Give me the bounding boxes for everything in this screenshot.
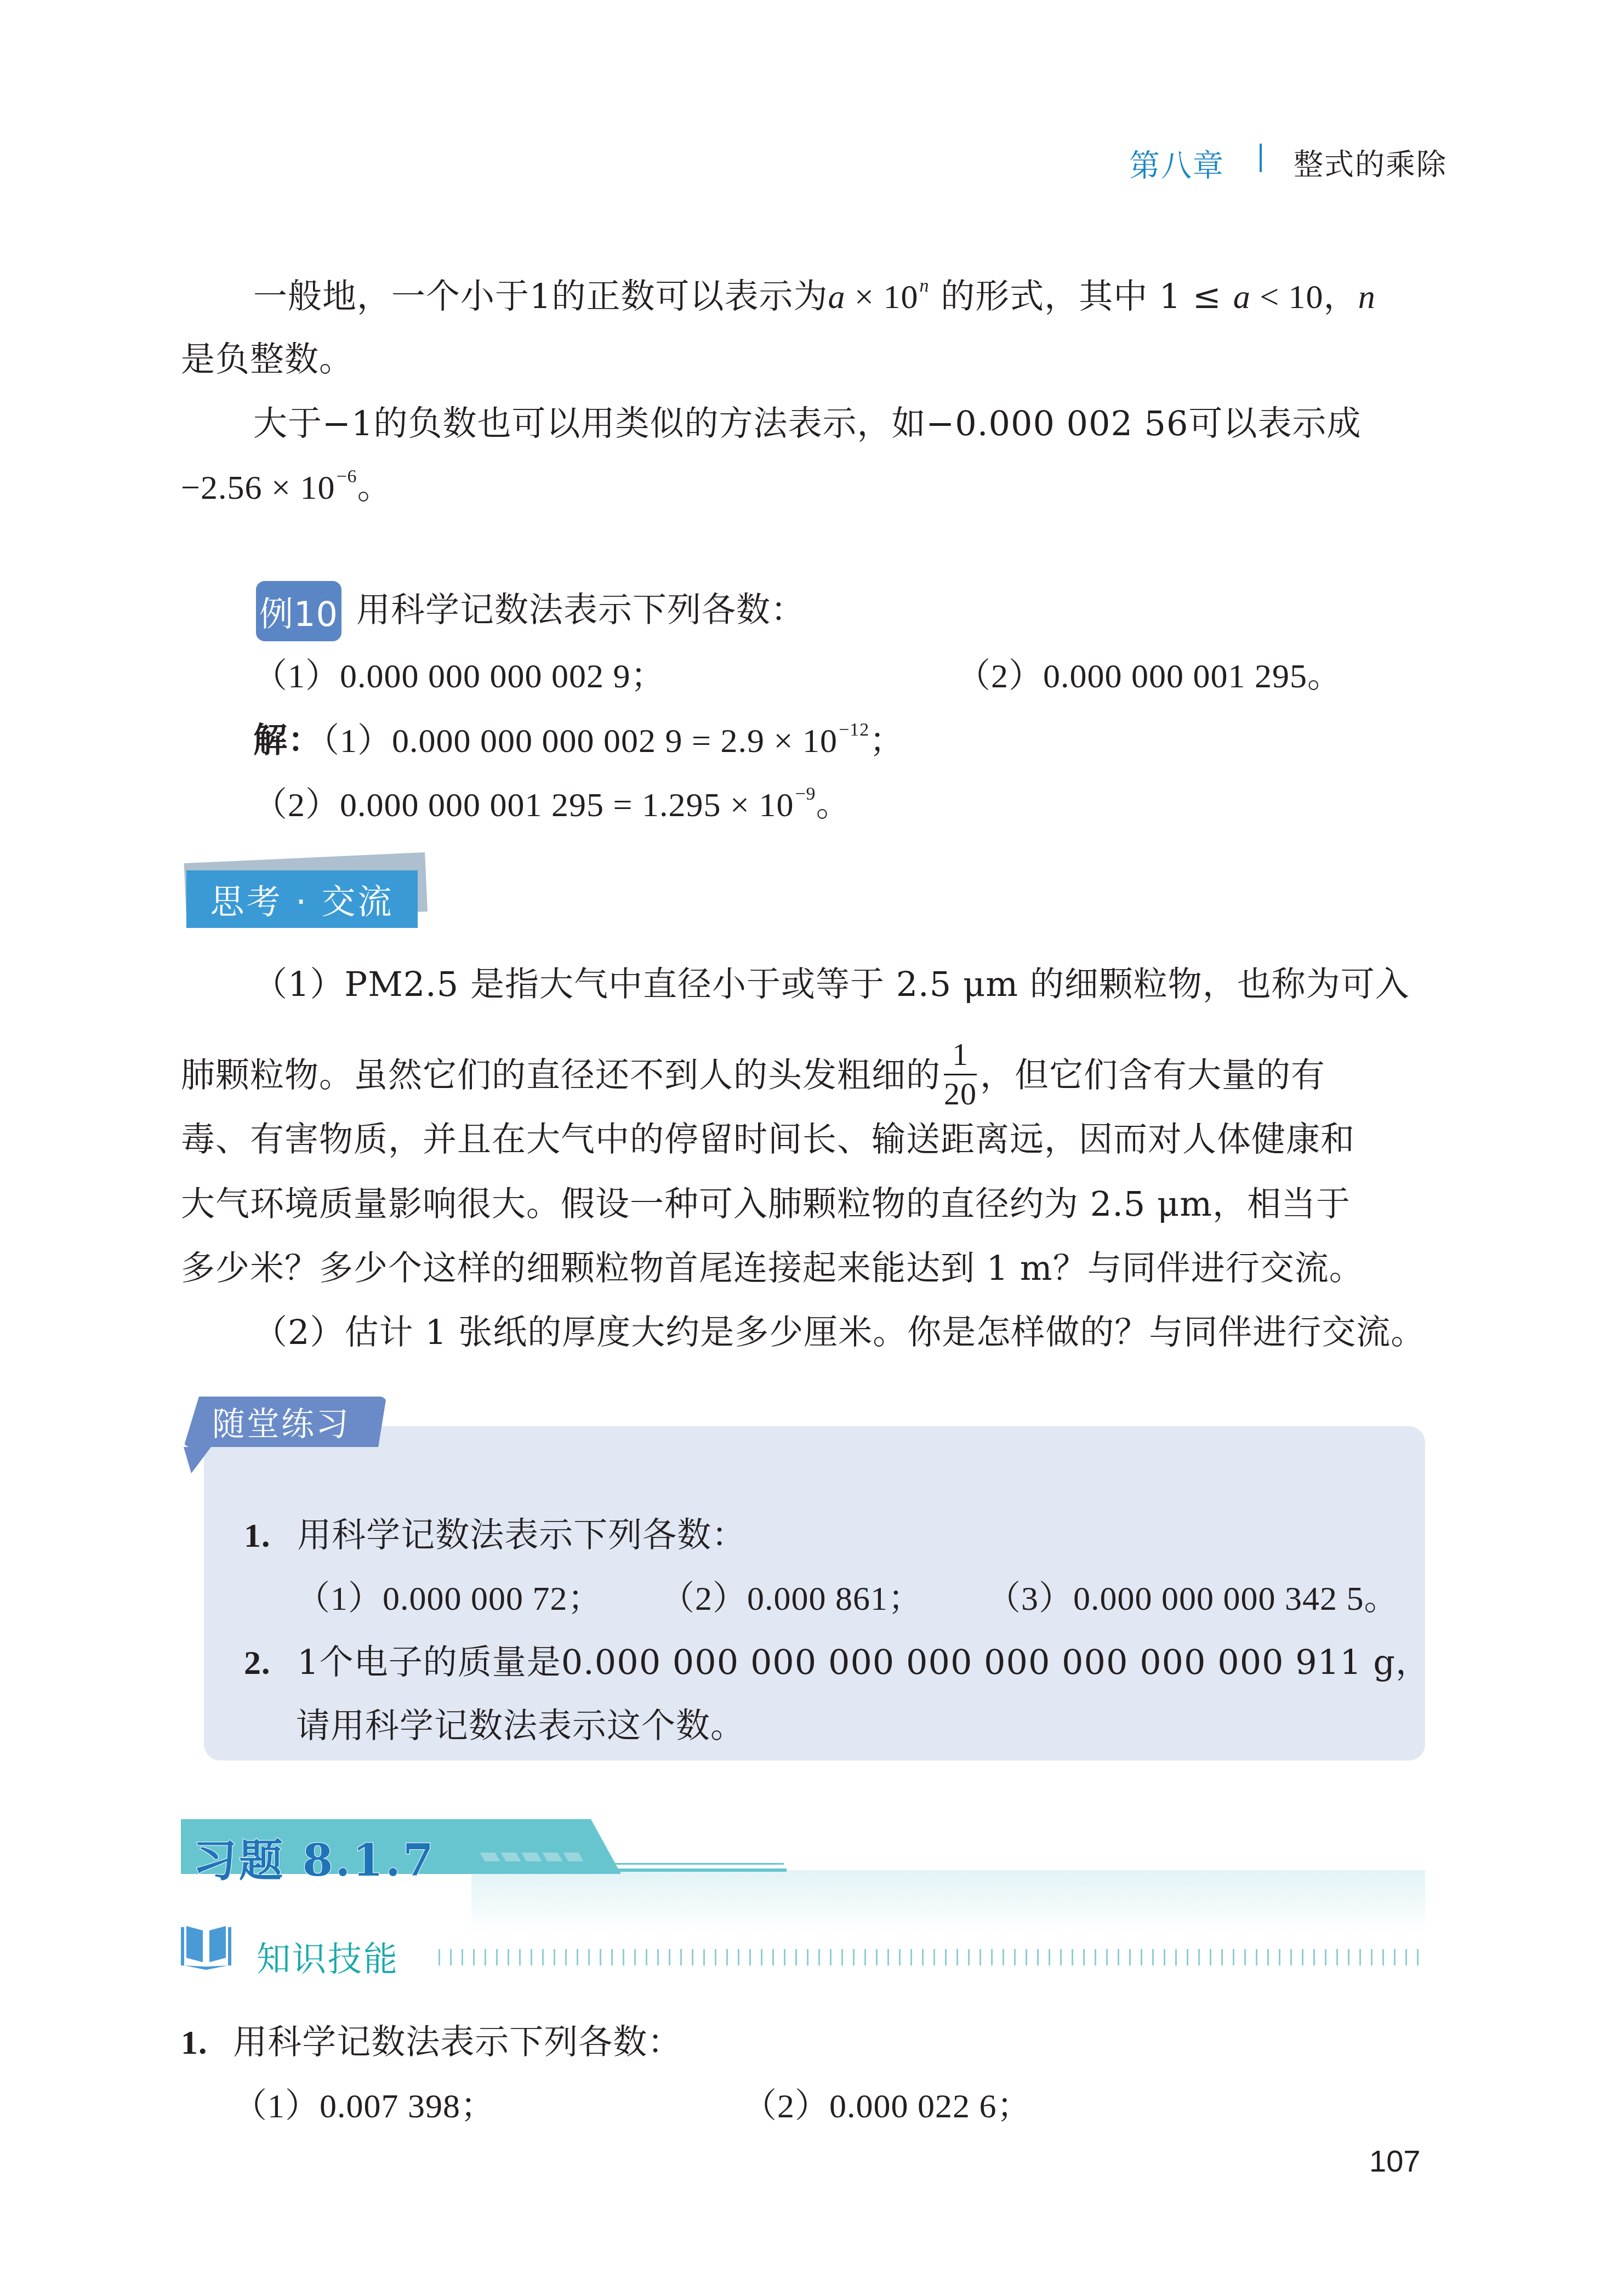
open-book-icon (181, 1925, 231, 1970)
solution-text: （2）0.000 000 001 295 = 1.295 × 10 (253, 787, 794, 824)
practice-q1-item-1: （1）0.000 000 72； (296, 1582, 602, 1616)
think-discuss-banner: 思考 · 交流 (186, 870, 418, 928)
think-q1-line-4: 大气环境质量影响很大。假设一种可入肺颗粒物的直径约为 2.5 μm，相当于 (181, 1187, 1351, 1221)
practice-tab: 随堂练习 (184, 1397, 386, 1447)
intro-text: < 10， (1251, 278, 1358, 316)
question-number: 1. (181, 2024, 208, 2061)
exponent-n: n (919, 276, 929, 296)
chapter-label: 第八章 (1129, 141, 1225, 185)
example-badge: 例10 (256, 581, 341, 641)
fraction-numerator: 1 (944, 1038, 977, 1075)
punctuation: 。 (816, 784, 851, 824)
knowledge-skills-label: 知识技能 (257, 1932, 399, 1981)
intro-paragraph-2-line-1: 大于−1的负数也可以用类似的方法表示，如−0.000 002 56可以表示成 (253, 407, 1362, 441)
question-text: 1个电子的质量是0.000 000 000 000 000 000 000 00… (297, 1642, 1430, 1682)
exercise-question-1: 1. 用科学记数法表示下列各数： (181, 2025, 682, 2060)
period: 。 (357, 467, 392, 507)
question-number: 1. (244, 1517, 271, 1554)
think-text: 肺颗粒物。虽然它们的直径还不到人的头发粗细的 (181, 1055, 941, 1095)
fraction-one-twentieth: 120 (944, 1038, 977, 1111)
scientific-notation: −2.56 × 10 (181, 469, 335, 506)
think-q1-line-3: 毒、有害物质，并且在大气中的停留时间长、输送距离远，因而对人体健康和 (181, 1123, 1355, 1156)
practice-question-2: 2. 1个电子的质量是0.000 000 000 000 000 000 000… (244, 1645, 1430, 1680)
question-text: 用科学记数法表示下列各数： (297, 1515, 746, 1555)
exercise-header-stripes (482, 1853, 602, 1861)
question-number: 2. (244, 1644, 271, 1682)
think-q1-line-1: （1）PM2.5 是指大气中直径小于或等于 2.5 μm 的细颗粒物，也称为可入 (253, 967, 1410, 1001)
header-divider (1260, 144, 1262, 172)
exponent: −9 (795, 784, 816, 804)
example-item-2: （2）0.000 000 001 295。 (956, 659, 1342, 693)
example-item-1: （1）0.000 000 000 002 9； (253, 659, 665, 693)
practice-tab-tail (184, 1447, 211, 1473)
variable-a: a (1233, 278, 1251, 316)
practice-question-1: 1. 用科学记数法表示下列各数： (244, 1518, 746, 1553)
think-q1-line-2: 肺颗粒物。虽然它们的直径还不到人的头发粗细的120，但它们含有大量的有 (181, 1041, 1325, 1114)
practice-q1-item-3: （3）0.000 000 000 342 5。 (987, 1582, 1399, 1616)
fraction-denominator: 20 (944, 1075, 977, 1111)
exponent: −12 (839, 720, 869, 740)
think-q1-line-5: 多少米？多少个这样的细颗粒物首尾连接起来能达到 1 m？与同伴进行交流。 (181, 1251, 1364, 1285)
times-ten: × 10 (845, 278, 918, 316)
exercise-q1-item-2: （2）0.000 022 6； (743, 2089, 1032, 2123)
practice-q2-line-2: 请用科学记数法表示这个数。 (296, 1709, 745, 1743)
question-text: 用科学记数法表示下列各数： (233, 2022, 682, 2062)
solution-text: （1）0.000 000 000 002 9 = 2.9 × 10 (322, 722, 838, 760)
exercise-q1-item-1: （1）0.007 398； (233, 2089, 495, 2123)
exercise-header-gradient (471, 1870, 1425, 1933)
intro-text: 的形式，其中 1 ≤ (929, 276, 1233, 316)
chapter-title: 整式的乘除 (1294, 141, 1447, 184)
think-text: ，但它们含有大量的有 (980, 1055, 1325, 1095)
example-prompt: 用科学记数法表示下列各数： (356, 593, 805, 627)
intro-paragraph-1-line-2: 是负整数。 (181, 343, 354, 377)
page-number: 107 (1369, 2143, 1420, 2179)
intro-paragraph-2-line-2: −2.56 × 10−6。 (181, 470, 392, 505)
variable-a: a (828, 278, 845, 316)
intro-paragraph-1-line-1: 一般地，一个小于1的正数可以表示为a × 10n 的形式，其中 1 ≤ a < … (253, 280, 1376, 314)
punctuation: ； (869, 720, 904, 760)
practice-q1-item-2: （2）0.000 861； (660, 1582, 922, 1616)
exponent: −6 (336, 466, 357, 487)
exercise-title: 习题 8.1.7 (193, 1825, 436, 1888)
solution-line-1: 解：（1）0.000 000 000 002 9 = 2.9 × 10−12； (253, 723, 904, 758)
solution-label: 解： (253, 720, 322, 760)
intro-text: 一般地，一个小于1的正数可以表示为 (253, 276, 828, 316)
think-q2: （2）估计 1 张纸的厚度大约是多少厘米。你是怎样做的？与同伴进行交流。 (253, 1315, 1425, 1349)
solution-line-2: （2）0.000 000 001 295 = 1.295 × 10−9。 (253, 788, 851, 822)
variable-n: n (1358, 278, 1376, 316)
section-tick-divider (439, 1949, 1425, 1965)
exercise-header-rule-thin (471, 1863, 784, 1865)
